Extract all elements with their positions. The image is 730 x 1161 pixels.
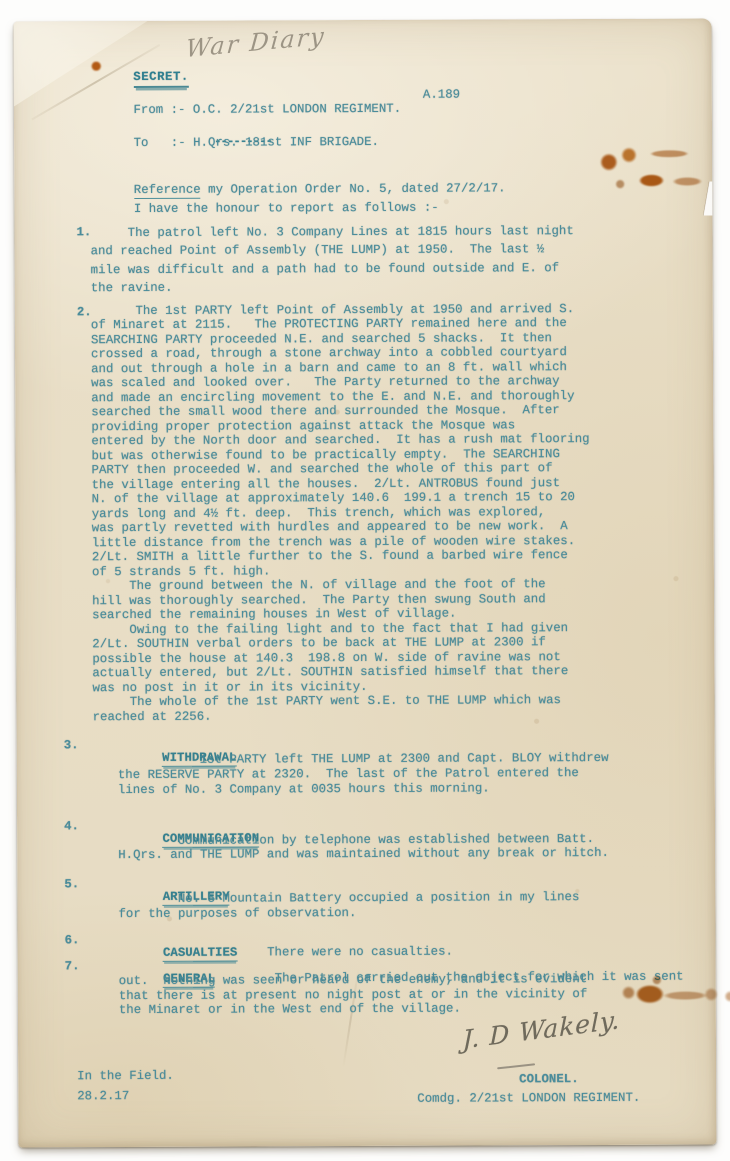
report-item-5: 5. ARTILLERY No. 5 Mountain Battery occu… — [77, 874, 691, 922]
rust-stain-top-right — [593, 139, 705, 197]
report-item-4: 4. COMMUNICATION Communication by teleph… — [77, 815, 691, 863]
item-number: 7. — [65, 959, 80, 973]
item-number: 5. — [64, 877, 79, 891]
paper-edge-tear — [701, 181, 712, 215]
from-line: From :- O.C. 2/21st LONDON REGIMENT. A.1… — [74, 87, 688, 104]
from-text: From :- O.C. 2/21st LONDON REGIMENT. — [133, 102, 401, 117]
footer-date: 28.2.17 — [77, 1089, 129, 1103]
photo-background: War Diary SECRET. From :- O.C. 2/21st LO… — [0, 0, 730, 1161]
item-heading-row: CASUALTIES There were no casualties. — [89, 929, 692, 946]
to-text: To :- H.Qrs. 181st INF BRIGADE. — [134, 135, 379, 150]
classification-line: SECRET. — [74, 54, 688, 71]
report-item-1: 1. The patrol left No. 3 Company Lines a… — [74, 222, 688, 298]
item-heading-row: ARTILLERY — [88, 874, 691, 891]
document-page: War Diary SECRET. From :- O.C. 2/21st LO… — [14, 18, 717, 1147]
report-item-3: 3. WITHDRAWAL 1st PARTY left THE LUMP at… — [77, 735, 691, 798]
rust-stain-bottom-right — [617, 970, 730, 1023]
item-number: 4. — [64, 819, 79, 833]
classification-secret: SECRET. — [133, 70, 189, 88]
item-heading-row: GENERAL The Patrol carried out the objec… — [89, 955, 692, 972]
signature-underline — [497, 1063, 535, 1069]
item-number: 3. — [64, 738, 79, 752]
item-text: The patrol left No. 3 Company Lines at 1… — [90, 222, 688, 298]
item-text: The 1st PARTY left Point of Assembly at … — [91, 301, 691, 724]
item-heading-row: COMMUNICATION — [88, 815, 691, 832]
footer-commanding-title: Comdg. 2/21st LONDON REGIMENT. — [417, 1091, 640, 1106]
item-number: 1. — [76, 225, 91, 239]
footer-place: In the Field. — [77, 1069, 174, 1083]
report-item-6: 6. CASUALTIES There were no casualties. — [78, 929, 692, 946]
item-number: 6. — [65, 933, 80, 947]
reference-word: Reference — [134, 183, 201, 199]
reference-number: A.189 — [423, 88, 460, 102]
footer-rank: COLONEL. — [519, 1072, 579, 1086]
rust-stain-secret — [91, 61, 102, 71]
item-text: No. 5 Mountain Battery occupied a positi… — [118, 890, 691, 922]
report-item-2: 2. The 1st PARTY left Point of Assembly … — [75, 301, 691, 724]
item-text: 1st PARTY left THE LUMP at 2300 and Capt… — [118, 751, 691, 798]
intro-line: I have the honour to report as follows :… — [74, 200, 688, 217]
to-line: To :- H.Qrs. 181st INF BRIGADE. — [74, 120, 688, 137]
item-number: 2. — [77, 305, 92, 319]
reference-text: my Operation Order No. 5, dated 27/2/17. — [201, 181, 506, 196]
item-heading-row: WITHDRAWAL — [88, 735, 691, 752]
item-text: Communication by telephone was establish… — [118, 831, 691, 863]
